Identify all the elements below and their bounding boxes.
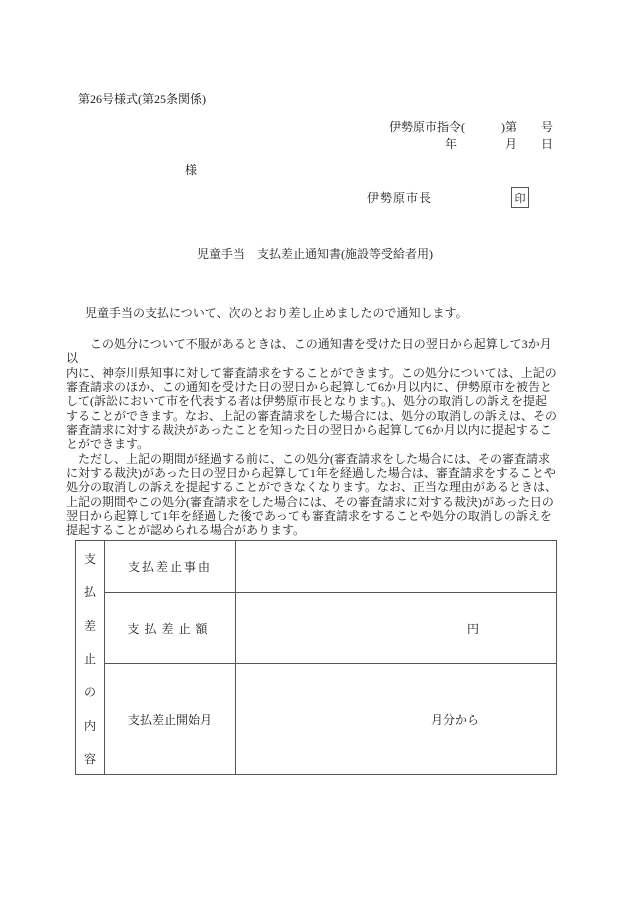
table-row-suspension-start-month: 支払差止開始月 月分から (105, 664, 556, 774)
table-row-suspension-reason: 支払差止事由 (105, 541, 556, 593)
seal-mark: 印 (515, 190, 526, 206)
side-header-char: 止 (84, 650, 96, 667)
appeal-line: ただし、上記の期間が経過する前に、この処分(審査請求をした場合には、その審査請求 (66, 452, 558, 466)
side-header-char: 内 (84, 717, 96, 734)
appeal-line: することができます。なお、上記の審査請求をした場合には、処分の取消しの訴えは、そ… (66, 409, 558, 423)
date-line: 年 月 日 (389, 136, 553, 153)
side-header-char: 容 (84, 750, 96, 767)
row-label: 支払差止開始月 (105, 664, 236, 774)
side-header-char: の (84, 683, 96, 700)
appeal-line: 上記の期間やこの処分(審査請求をした場合には、その審査請求に対する裁決)があった… (66, 495, 558, 509)
page-title: 児童手当 支払差止通知書(施設等受給者用) (0, 245, 630, 262)
document-page: { "document": { "form_number": "第26号様式(第… (0, 0, 630, 915)
side-header-char: 払 (84, 583, 96, 600)
addressee-suffix: 様 (185, 161, 197, 178)
appeal-line: に対する裁決)があった日の翌日から起算して1年を経過した場合は、審査請求をするこ… (66, 466, 558, 480)
appeal-line: とができます。 (66, 437, 558, 451)
table-rows: 支払差止事由 支払差止額 円 支払差止開始月 月分から (105, 541, 556, 774)
intro-sentence: 児童手当の支払について、次のとおり差し止めましたので通知します。 (73, 304, 468, 321)
appeal-line: 処分の取消しの訴えを提起することができなくなります。なお、正当な理由があるときは… (66, 480, 558, 494)
issuer-title: 伊勢原市長 (367, 189, 432, 206)
form-number: 第26号様式(第25条関係) (78, 90, 206, 107)
appeal-line: 提起することが認められる場合があります。 (66, 523, 558, 537)
appeal-line: 審査請求のほか、この通知を受けた日の翌日から起算して6か月以内に、伊勢原市を被告… (66, 380, 558, 394)
table-side-header: 支 払 差 止 の 内 容 (76, 541, 105, 774)
appeal-notice-paragraph: この処分について不服があるときは、この通知書を受けた日の翌日から起算して3か月以… (66, 337, 558, 538)
suspension-start-month-field: 月分から (236, 664, 556, 774)
suspension-amount-field: 円 (236, 593, 556, 663)
header-right-block: 伊勢原市指令( )第 号 年 月 日 (389, 119, 553, 153)
seal-box: 印 (511, 187, 529, 208)
appeal-line: して(訴訟において市を代表する者は伊勢原市長となります。)、処分の取消しの訴えを… (66, 394, 558, 408)
appeal-line: この処分について不服があるときは、この通知書を受けた日の翌日から起算して3か月以 (66, 337, 558, 366)
appeal-line: 審査請求に対する裁決があったことを知った日の翌日から起算して6か月以内に提起する… (66, 423, 558, 437)
table-row-suspension-amount: 支払差止額 円 (105, 593, 556, 664)
side-header-char: 差 (84, 617, 96, 634)
side-header-char: 支 (84, 550, 96, 567)
directive-number-line: 伊勢原市指令( )第 号 (389, 119, 553, 136)
appeal-line: 内に、神奈川県知事に対して審査請求をすることができます。この処分については、上記… (66, 366, 558, 380)
row-label: 支払差止事由 (105, 541, 236, 592)
appeal-line: 翌日から起算して1年を経過した後であっても審査請求をすることや処分の取消しの訴え… (66, 509, 558, 523)
suspension-reason-field (236, 541, 556, 592)
row-label: 支払差止額 (105, 593, 236, 663)
suspension-details-table: 支 払 差 止 の 内 容 支払差止事由 支払差止額 円 支払差止開始月 月分か… (75, 540, 557, 775)
